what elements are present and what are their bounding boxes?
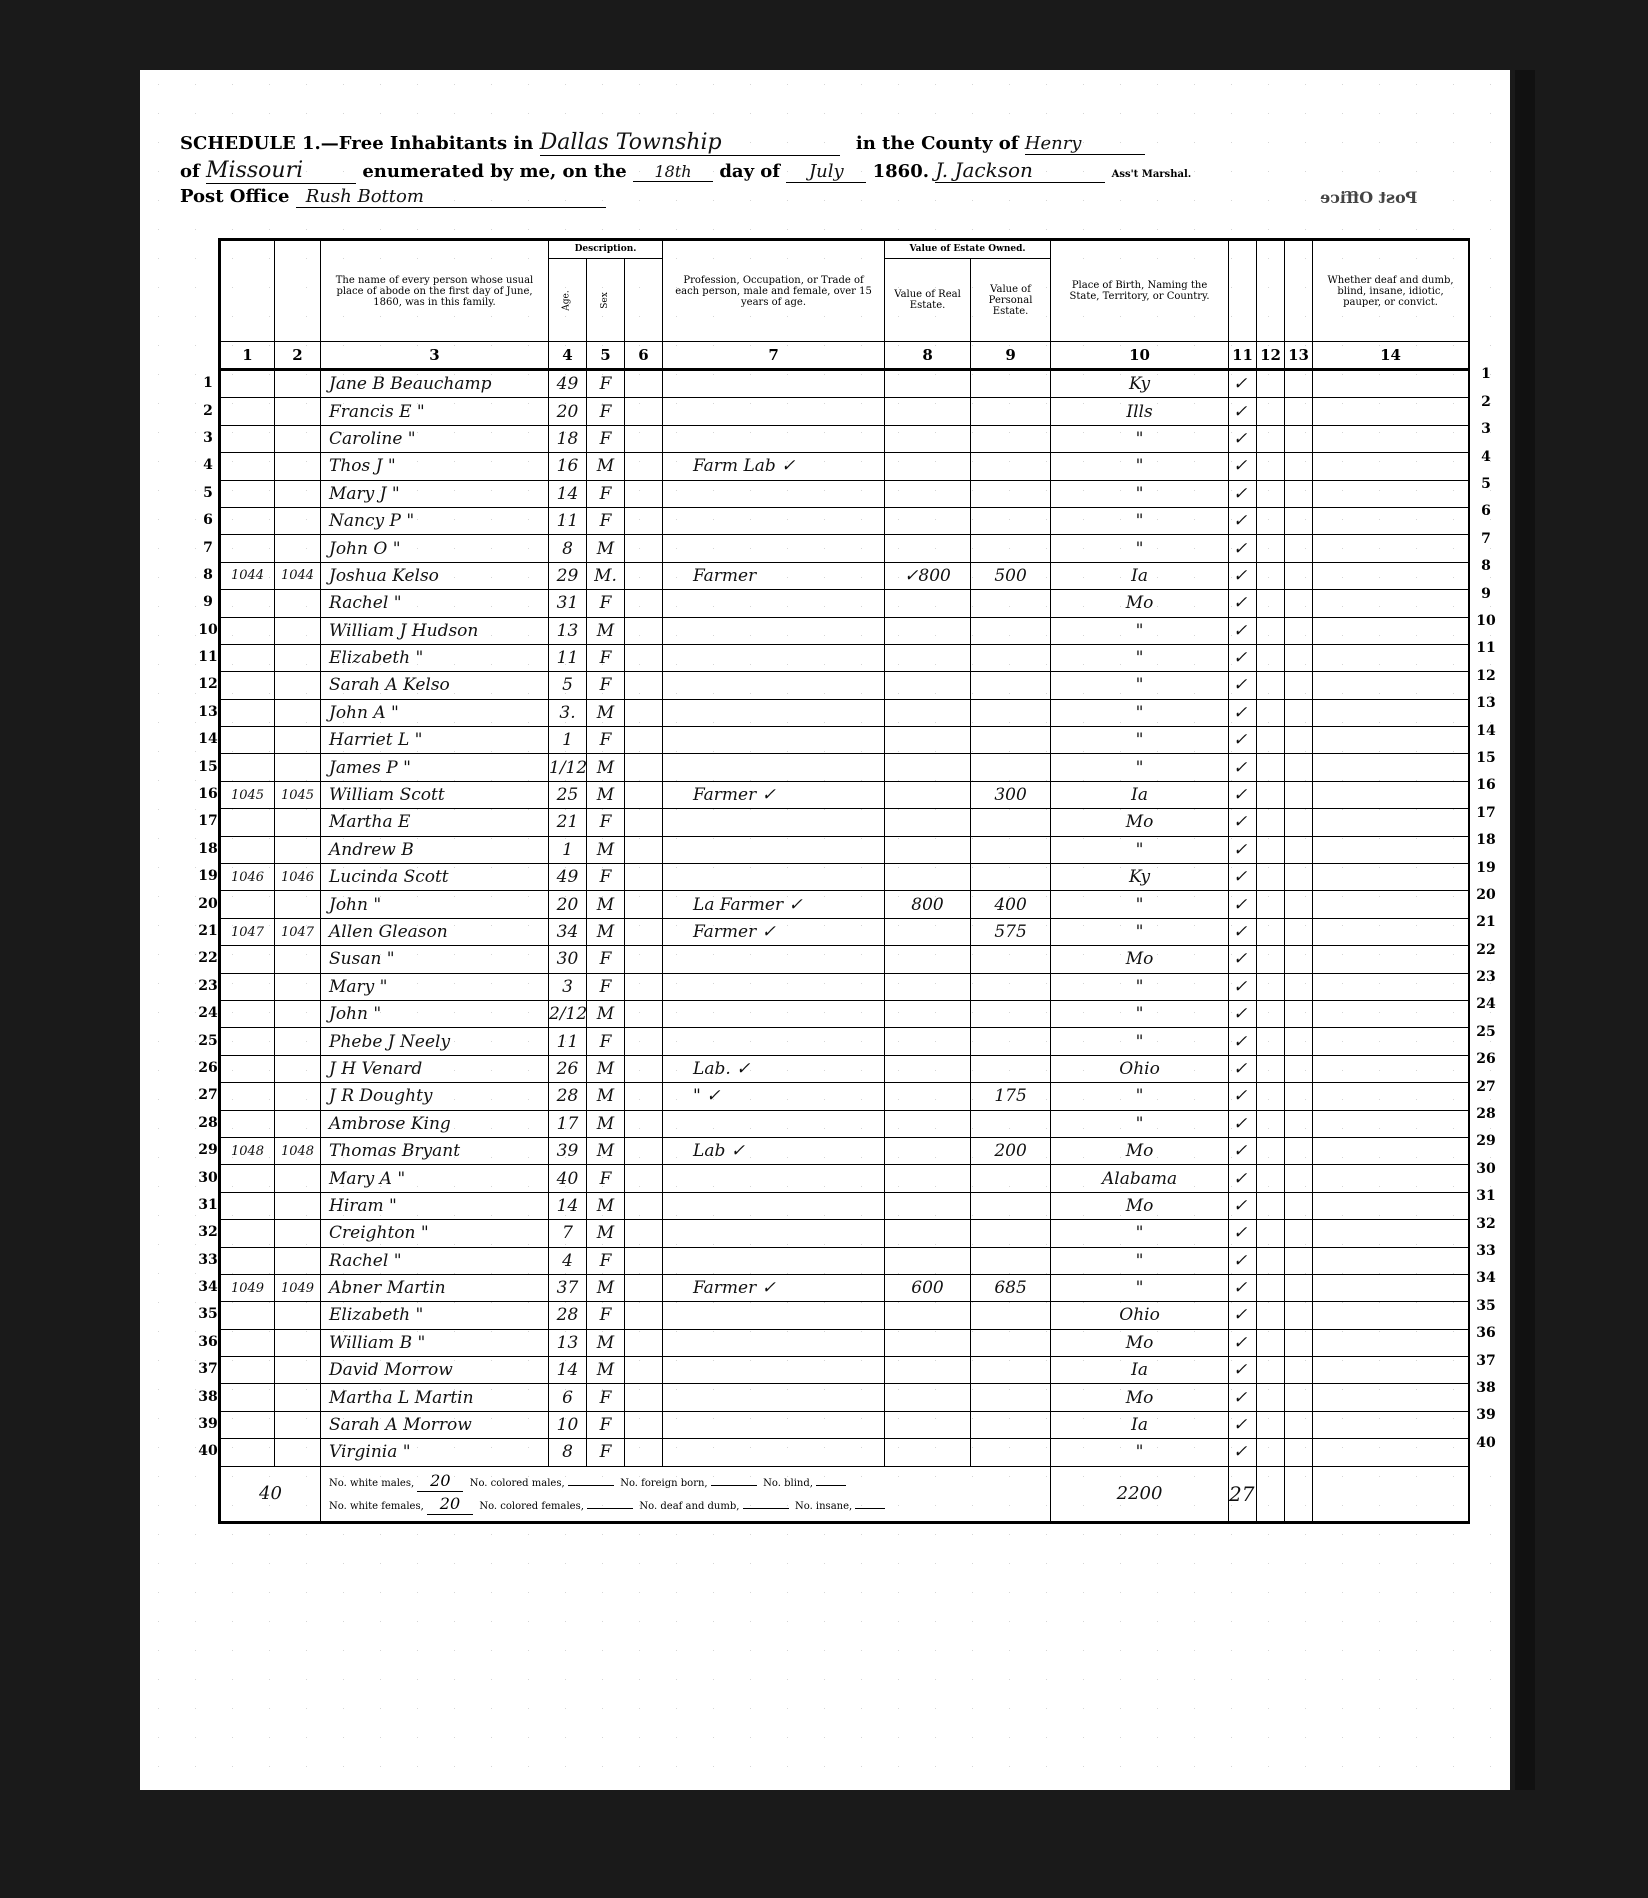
occupation bbox=[663, 1165, 885, 1192]
sex: F bbox=[587, 1165, 625, 1192]
table-row: John "2/12M"✓ bbox=[221, 1000, 1469, 1027]
birthplace: Ky bbox=[1051, 370, 1229, 398]
dwelling-number bbox=[221, 1384, 275, 1411]
birthplace: Mo bbox=[1051, 590, 1229, 617]
real-estate-value bbox=[885, 1165, 971, 1192]
dwelling-number bbox=[221, 507, 275, 534]
disability bbox=[1313, 1192, 1469, 1219]
sex: F bbox=[587, 946, 625, 973]
real-estate-value bbox=[885, 1000, 971, 1027]
age: 8 bbox=[549, 1439, 587, 1466]
table-row: Nancy P "11F"✓ bbox=[221, 507, 1469, 534]
color bbox=[625, 1137, 663, 1164]
occupation bbox=[663, 398, 885, 425]
col-num: 9 bbox=[971, 342, 1051, 370]
color bbox=[625, 644, 663, 671]
disability bbox=[1313, 1357, 1469, 1384]
illiterate bbox=[1285, 1028, 1313, 1055]
age: 40 bbox=[549, 1165, 587, 1192]
personal-estate-value bbox=[971, 590, 1051, 617]
birthplace: Ia bbox=[1051, 1411, 1229, 1438]
col-header-married: Married within the year. bbox=[1229, 241, 1257, 342]
white-males-label: No. white males, bbox=[329, 1478, 414, 1489]
school bbox=[1257, 644, 1285, 671]
foreign-born-value bbox=[711, 1485, 757, 1486]
real-estate-value bbox=[885, 1110, 971, 1137]
dwelling-number bbox=[221, 672, 275, 699]
dwelling-number: 1045 bbox=[221, 781, 275, 808]
person-name: J R Doughty bbox=[321, 1083, 549, 1110]
color bbox=[625, 1247, 663, 1274]
married-check: ✓ bbox=[1229, 453, 1257, 480]
disability bbox=[1313, 1411, 1469, 1438]
color bbox=[625, 727, 663, 754]
color bbox=[625, 1028, 663, 1055]
family-number bbox=[275, 1247, 321, 1274]
age: 20 bbox=[549, 891, 587, 918]
school bbox=[1257, 1165, 1285, 1192]
real-estate-value bbox=[885, 1055, 971, 1082]
line-number: 15 bbox=[196, 759, 220, 775]
disability bbox=[1313, 425, 1469, 452]
married-check: ✓ bbox=[1229, 973, 1257, 1000]
married-check: ✓ bbox=[1229, 1192, 1257, 1219]
age: 29 bbox=[549, 562, 587, 589]
sex: F bbox=[587, 370, 625, 398]
line-number-right: 29 bbox=[1474, 1133, 1498, 1149]
color bbox=[625, 1000, 663, 1027]
occupation bbox=[663, 809, 885, 836]
personal-estate-total: 2775 bbox=[1229, 1466, 1257, 1521]
school bbox=[1257, 1274, 1285, 1301]
line-number: 16 bbox=[196, 786, 220, 802]
sex: F bbox=[587, 864, 625, 891]
color bbox=[625, 1384, 663, 1411]
color bbox=[625, 1329, 663, 1356]
real-estate-value bbox=[885, 1411, 971, 1438]
birthplace: Ky bbox=[1051, 864, 1229, 891]
married-check: ✓ bbox=[1229, 754, 1257, 781]
birthplace: Ohio bbox=[1051, 1302, 1229, 1329]
person-name: Nancy P " bbox=[321, 507, 549, 534]
col-header-personal-estate: Value of Personal Estate. bbox=[971, 259, 1051, 342]
occupation bbox=[663, 1000, 885, 1027]
occupation: " ✓ bbox=[663, 1083, 885, 1110]
table-row: 10451045William Scott25MFarmer ✓300Ia✓ bbox=[221, 781, 1469, 808]
married-check: ✓ bbox=[1229, 699, 1257, 726]
color bbox=[625, 1357, 663, 1384]
real-estate-value bbox=[885, 453, 971, 480]
occupation: Farmer ✓ bbox=[663, 781, 885, 808]
disability bbox=[1313, 891, 1469, 918]
school bbox=[1257, 836, 1285, 863]
occupation bbox=[663, 836, 885, 863]
family-number bbox=[275, 453, 321, 480]
dwelling-number bbox=[221, 1357, 275, 1384]
table-row: Jane B Beauchamp49FKy✓ bbox=[221, 370, 1469, 398]
col-num: 5 bbox=[587, 342, 625, 370]
age: 49 bbox=[549, 864, 587, 891]
disability bbox=[1313, 699, 1469, 726]
real-estate-value bbox=[885, 973, 971, 1000]
occupation bbox=[663, 1192, 885, 1219]
table-row: 10481048Thomas Bryant39MLab ✓200Mo✓ bbox=[221, 1137, 1469, 1164]
dwelling-number: 1048 bbox=[221, 1137, 275, 1164]
age: 18 bbox=[549, 425, 587, 452]
age: 1 bbox=[549, 836, 587, 863]
illiterate bbox=[1285, 617, 1313, 644]
color bbox=[625, 398, 663, 425]
person-name: Mary J " bbox=[321, 480, 549, 507]
month-value: July bbox=[786, 161, 866, 183]
person-name: Allen Gleason bbox=[321, 918, 549, 945]
color bbox=[625, 1165, 663, 1192]
real-estate-value bbox=[885, 918, 971, 945]
occupation bbox=[663, 1247, 885, 1274]
age: 17 bbox=[549, 1110, 587, 1137]
personal-estate-value bbox=[971, 480, 1051, 507]
day-value: 18th bbox=[633, 162, 713, 182]
real-estate-value bbox=[885, 507, 971, 534]
person-name: Thomas Bryant bbox=[321, 1137, 549, 1164]
illiterate bbox=[1285, 398, 1313, 425]
color bbox=[625, 370, 663, 398]
sex: F bbox=[587, 1439, 625, 1466]
real-estate-value bbox=[885, 1247, 971, 1274]
occupation bbox=[663, 535, 885, 562]
line-number: 39 bbox=[196, 1416, 220, 1432]
personal-estate-value bbox=[971, 1302, 1051, 1329]
insane-value bbox=[855, 1508, 885, 1509]
line-number: 14 bbox=[196, 731, 220, 747]
dwelling-number bbox=[221, 836, 275, 863]
person-name: John A " bbox=[321, 699, 549, 726]
school bbox=[1257, 973, 1285, 1000]
age: 30 bbox=[549, 946, 587, 973]
line-number-right: 34 bbox=[1474, 1270, 1498, 1286]
line-number: 38 bbox=[196, 1389, 220, 1405]
sex: F bbox=[587, 672, 625, 699]
married-check: ✓ bbox=[1229, 864, 1257, 891]
color bbox=[625, 781, 663, 808]
line-number-right: 20 bbox=[1474, 887, 1498, 903]
person-name: Lucinda Scott bbox=[321, 864, 549, 891]
married-check: ✓ bbox=[1229, 535, 1257, 562]
dwelling-number bbox=[221, 809, 275, 836]
disability bbox=[1313, 1220, 1469, 1247]
age: 4 bbox=[549, 1247, 587, 1274]
birthplace: Mo bbox=[1051, 1329, 1229, 1356]
sex: F bbox=[587, 1028, 625, 1055]
birthplace: " bbox=[1051, 1000, 1229, 1027]
married-check: ✓ bbox=[1229, 1384, 1257, 1411]
occupation bbox=[663, 1411, 885, 1438]
line-number: 4 bbox=[196, 457, 220, 473]
disability bbox=[1313, 1165, 1469, 1192]
schedule-label: SCHEDULE 1.—Free Inhabitants in bbox=[180, 133, 533, 154]
township-value: Dallas Township bbox=[540, 130, 840, 156]
married-check: ✓ bbox=[1229, 562, 1257, 589]
disability bbox=[1313, 1083, 1469, 1110]
dwelling-number bbox=[221, 1247, 275, 1274]
line-number-right: 10 bbox=[1474, 613, 1498, 629]
personal-estate-value bbox=[971, 1439, 1051, 1466]
married-check: ✓ bbox=[1229, 644, 1257, 671]
line-number: 6 bbox=[196, 512, 220, 528]
person-name: Mary A " bbox=[321, 1165, 549, 1192]
person-name: Elizabeth " bbox=[321, 1302, 549, 1329]
birthplace: " bbox=[1051, 425, 1229, 452]
table-row: David Morrow14MIa✓ bbox=[221, 1357, 1469, 1384]
enumerated-label: enumerated by me, on the bbox=[362, 161, 626, 182]
table-row: Caroline "18F"✓ bbox=[221, 425, 1469, 452]
school bbox=[1257, 672, 1285, 699]
person-name: Rachel " bbox=[321, 590, 549, 617]
personal-estate-value bbox=[971, 1110, 1051, 1137]
real-estate-value bbox=[885, 644, 971, 671]
line-number: 8 bbox=[196, 567, 220, 583]
disability bbox=[1313, 590, 1469, 617]
family-number bbox=[275, 1165, 321, 1192]
illiterate bbox=[1285, 453, 1313, 480]
age: 3. bbox=[549, 699, 587, 726]
family-number bbox=[275, 1055, 321, 1082]
dwelling-number bbox=[221, 617, 275, 644]
deaf-dumb-value bbox=[743, 1508, 789, 1509]
table-row: Creighton "7M"✓ bbox=[221, 1220, 1469, 1247]
married-check: ✓ bbox=[1229, 1439, 1257, 1466]
age: 34 bbox=[549, 918, 587, 945]
family-number: 1046 bbox=[275, 864, 321, 891]
personal-estate-value: 685 bbox=[971, 1274, 1051, 1301]
colored-females-label: No. colored females, bbox=[479, 1501, 584, 1512]
school bbox=[1257, 535, 1285, 562]
color bbox=[625, 891, 663, 918]
school bbox=[1257, 1247, 1285, 1274]
occupation: Farmer ✓ bbox=[663, 918, 885, 945]
summary-dwelling-note: 40 bbox=[221, 1466, 321, 1521]
married-check: ✓ bbox=[1229, 809, 1257, 836]
sex: M bbox=[587, 1220, 625, 1247]
real-estate-value bbox=[885, 1384, 971, 1411]
line-number-right: 5 bbox=[1474, 476, 1498, 492]
school bbox=[1257, 617, 1285, 644]
real-estate-value: ✓800 bbox=[885, 562, 971, 589]
line-number-right: 17 bbox=[1474, 805, 1498, 821]
birthplace: Mo bbox=[1051, 1192, 1229, 1219]
personal-estate-value bbox=[971, 1192, 1051, 1219]
occupation bbox=[663, 727, 885, 754]
birthplace: Mo bbox=[1051, 809, 1229, 836]
disability bbox=[1313, 864, 1469, 891]
age: 3 bbox=[549, 973, 587, 1000]
real-estate-value bbox=[885, 672, 971, 699]
col-num: 8 bbox=[885, 342, 971, 370]
person-name: John " bbox=[321, 1000, 549, 1027]
illiterate bbox=[1285, 590, 1313, 617]
disability bbox=[1313, 644, 1469, 671]
real-estate-value bbox=[885, 370, 971, 398]
sex: M bbox=[587, 754, 625, 781]
table-row: Sarah A Morrow10FIa✓ bbox=[221, 1411, 1469, 1438]
real-estate-value bbox=[885, 1028, 971, 1055]
white-females-value: 20 bbox=[427, 1494, 473, 1515]
line-number: 30 bbox=[196, 1170, 220, 1186]
line-number-right: 24 bbox=[1474, 996, 1498, 1012]
married-check: ✓ bbox=[1229, 781, 1257, 808]
dwelling-number bbox=[221, 535, 275, 562]
birthplace: " bbox=[1051, 836, 1229, 863]
dwelling-number bbox=[221, 727, 275, 754]
sex: M bbox=[587, 1083, 625, 1110]
col-header-color: Color, { White, black, or mulatto bbox=[625, 259, 663, 342]
illiterate bbox=[1285, 946, 1313, 973]
disability bbox=[1313, 754, 1469, 781]
col-header-description-group: Description. bbox=[549, 241, 663, 259]
col-num: 2 bbox=[275, 342, 321, 370]
school bbox=[1257, 891, 1285, 918]
birthplace: " bbox=[1051, 617, 1229, 644]
married-check: ✓ bbox=[1229, 891, 1257, 918]
married-check: ✓ bbox=[1229, 507, 1257, 534]
school bbox=[1257, 1028, 1285, 1055]
table-row: J R Doughty28M" ✓175"✓ bbox=[221, 1083, 1469, 1110]
person-name: David Morrow bbox=[321, 1357, 549, 1384]
personal-estate-value bbox=[971, 1055, 1051, 1082]
school bbox=[1257, 1357, 1285, 1384]
white-females-label: No. white females, bbox=[329, 1501, 424, 1512]
person-name: Sarah A Morrow bbox=[321, 1411, 549, 1438]
age: 6 bbox=[549, 1384, 587, 1411]
dwelling-number: 1049 bbox=[221, 1274, 275, 1301]
birthplace: " bbox=[1051, 754, 1229, 781]
sex: F bbox=[587, 809, 625, 836]
white-males-value: 20 bbox=[417, 1471, 463, 1492]
line-number-right: 19 bbox=[1474, 860, 1498, 876]
person-name: Creighton " bbox=[321, 1220, 549, 1247]
illiterate bbox=[1285, 1083, 1313, 1110]
illiterate bbox=[1285, 1137, 1313, 1164]
married-check: ✓ bbox=[1229, 1083, 1257, 1110]
age: 39 bbox=[549, 1137, 587, 1164]
line-number: 35 bbox=[196, 1306, 220, 1322]
real-estate-value bbox=[885, 535, 971, 562]
family-number: 1045 bbox=[275, 781, 321, 808]
table-row: Andrew B1M"✓ bbox=[221, 836, 1469, 863]
illiterate bbox=[1285, 1192, 1313, 1219]
age: 11 bbox=[549, 507, 587, 534]
dwelling-number bbox=[221, 1439, 275, 1466]
illiterate bbox=[1285, 1357, 1313, 1384]
dwelling-number bbox=[221, 1302, 275, 1329]
married-check: ✓ bbox=[1229, 398, 1257, 425]
disability bbox=[1313, 562, 1469, 589]
blank-cell bbox=[1285, 1466, 1313, 1521]
table-row: Elizabeth "28FOhio✓ bbox=[221, 1302, 1469, 1329]
family-number: 1048 bbox=[275, 1137, 321, 1164]
col-header-age: Age. bbox=[549, 259, 587, 342]
personal-estate-value bbox=[971, 1247, 1051, 1274]
post-office-value: Rush Bottom bbox=[296, 186, 606, 208]
table-row: Mary "3F"✓ bbox=[221, 973, 1469, 1000]
family-number bbox=[275, 590, 321, 617]
family-number: 1044 bbox=[275, 562, 321, 589]
col-header-estate-group: Value of Estate Owned. bbox=[885, 241, 1051, 259]
personal-estate-value: 500 bbox=[971, 562, 1051, 589]
family-number bbox=[275, 507, 321, 534]
table-row: J H Venard26MLab. ✓Ohio✓ bbox=[221, 1055, 1469, 1082]
school bbox=[1257, 1137, 1285, 1164]
birthplace: " bbox=[1051, 1110, 1229, 1137]
insane-label: No. insane, bbox=[795, 1501, 852, 1512]
table-row: 10461046Lucinda Scott49FKy✓ bbox=[221, 864, 1469, 891]
illiterate bbox=[1285, 754, 1313, 781]
personal-estate-value bbox=[971, 425, 1051, 452]
family-number bbox=[275, 370, 321, 398]
real-estate-value bbox=[885, 1302, 971, 1329]
age: 10 bbox=[549, 1411, 587, 1438]
county-value: Henry bbox=[1025, 133, 1145, 155]
colored-females-value bbox=[587, 1508, 633, 1509]
sex: M bbox=[587, 1192, 625, 1219]
table-row: John O "8M"✓ bbox=[221, 535, 1469, 562]
family-number bbox=[275, 1411, 321, 1438]
illiterate bbox=[1285, 562, 1313, 589]
age: 14 bbox=[549, 1357, 587, 1384]
illiterate bbox=[1285, 480, 1313, 507]
dwelling-number bbox=[221, 946, 275, 973]
color bbox=[625, 918, 663, 945]
occupation bbox=[663, 672, 885, 699]
table-row: Harriet L "1F"✓ bbox=[221, 727, 1469, 754]
blind-value bbox=[816, 1485, 846, 1486]
col-header-occupation: Profession, Occupation, or Trade of each… bbox=[663, 241, 885, 342]
occupation bbox=[663, 1302, 885, 1329]
disability bbox=[1313, 1384, 1469, 1411]
real-estate-value bbox=[885, 1357, 971, 1384]
family-number bbox=[275, 398, 321, 425]
personal-estate-value bbox=[971, 973, 1051, 1000]
school bbox=[1257, 809, 1285, 836]
dwelling-number bbox=[221, 1000, 275, 1027]
real-estate-value bbox=[885, 699, 971, 726]
person-name: Sarah A Kelso bbox=[321, 672, 549, 699]
line-number: 34 bbox=[196, 1279, 220, 1295]
person-name: Mary " bbox=[321, 973, 549, 1000]
person-name: Andrew B bbox=[321, 836, 549, 863]
line-number: 20 bbox=[196, 896, 220, 912]
illiterate bbox=[1285, 1274, 1313, 1301]
school bbox=[1257, 1192, 1285, 1219]
dwelling-number bbox=[221, 425, 275, 452]
illiterate bbox=[1285, 891, 1313, 918]
birthplace: Ia bbox=[1051, 781, 1229, 808]
line-number: 37 bbox=[196, 1361, 220, 1377]
personal-estate-value bbox=[971, 946, 1051, 973]
page-edge-shadow bbox=[1515, 70, 1535, 1790]
line-number-right: 16 bbox=[1474, 777, 1498, 793]
illiterate bbox=[1285, 535, 1313, 562]
school bbox=[1257, 1110, 1285, 1137]
sex: F bbox=[587, 398, 625, 425]
real-estate-value: 800 bbox=[885, 891, 971, 918]
line-number: 3 bbox=[196, 430, 220, 446]
family-number bbox=[275, 1028, 321, 1055]
disability bbox=[1313, 973, 1469, 1000]
real-estate-value bbox=[885, 1137, 971, 1164]
illiterate bbox=[1285, 918, 1313, 945]
birthplace: " bbox=[1051, 699, 1229, 726]
